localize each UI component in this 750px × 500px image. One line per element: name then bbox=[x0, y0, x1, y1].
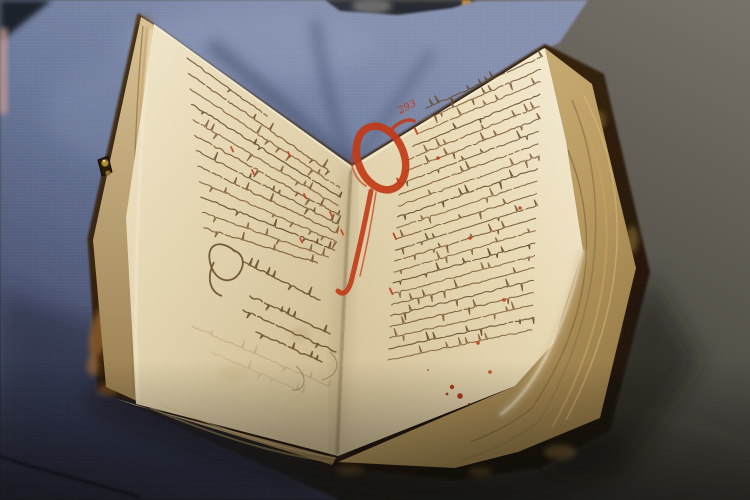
vignette bbox=[0, 0, 750, 500]
screenshot-root: 293 bbox=[0, 0, 750, 500]
manuscript-photo: 293 bbox=[0, 0, 750, 500]
